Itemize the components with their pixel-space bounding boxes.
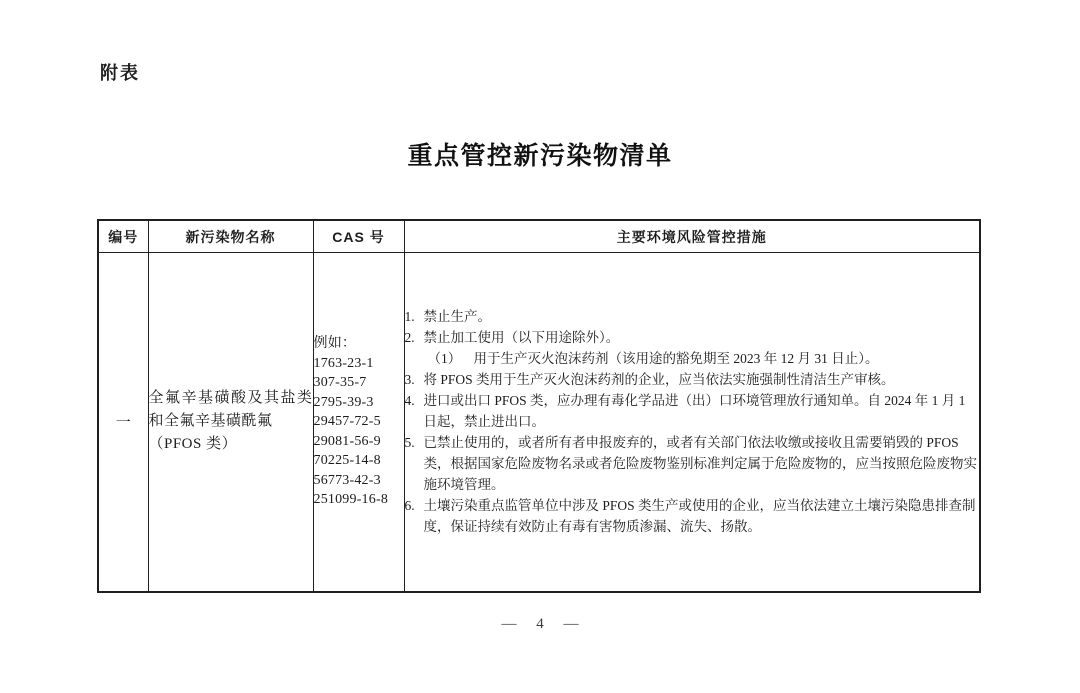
measure-text: 将 PFOS 类用于生产灭火泡沫药剂的企业，应当依法实施强制性清洁生产审核。 (424, 369, 980, 390)
measure-item: 4. 进口或出口 PFOS 类，应办理有毒化学品进（出）口环境管理放行通知单。自… (405, 390, 980, 432)
measure-item: 2. 禁止加工使用（以下用途除外）。 (405, 327, 980, 348)
measure-item: 3. 将 PFOS 类用于生产灭火泡沫药剂的企业，应当依法实施强制性清洁生产审核… (405, 369, 980, 390)
measure-item: 1. 禁止生产。 (405, 306, 980, 327)
measure-number: 4. (405, 390, 424, 432)
cas-number: 2795-39-3 (314, 393, 404, 413)
cas-number-cell: 例如： 1763-23-1 307-35-7 2795-39-3 29457-7… (313, 253, 404, 592)
pollutant-name-line: 和全氟辛基磺酰氟 (149, 410, 313, 433)
column-header-measures: 主要环境风险管控措施 (404, 220, 980, 253)
measure-text: 进口或出口 PFOS 类，应办理有毒化学品进（出）口环境管理放行通知单。自 20… (424, 390, 980, 432)
measure-item: 5. 已禁止使用的，或者所有者申报废弃的，或者有关部门依法收缴或接收且需要销毁的… (405, 432, 980, 495)
table-row: 一 全氟辛基磺酸及其盐类 和全氟辛基磺酰氟 （PFOS 类） 例如： 1763-… (98, 253, 980, 592)
measure-sub-text: 用于生产灭火泡沫药剂（该用途的豁免期至 2023 年 12 月 31 日止）。 (474, 348, 980, 369)
document-title: 重点管控新污染物清单 (0, 136, 1080, 172)
measure-text: 土壤污染重点监管单位中涉及 PFOS 类生产或使用的企业，应当依法建立土壤污染隐… (424, 495, 980, 537)
measure-sub-number: （1） (428, 348, 474, 369)
cas-number: 70225-14-8 (314, 451, 404, 471)
measure-text: 禁止生产。 (424, 306, 980, 327)
measure-sub-item: （1） 用于生产灭火泡沫药剂（该用途的豁免期至 2023 年 12 月 31 日… (405, 348, 980, 369)
row-index-cell: 一 (98, 253, 148, 592)
attachment-label: 附表 (100, 59, 140, 85)
measure-text: 已禁止使用的，或者所有者申报废弃的，或者有关部门依法收缴或接收且需要销毁的 PF… (424, 432, 980, 495)
measure-text: 禁止加工使用（以下用途除外）。 (424, 327, 980, 348)
measure-number: 1. (405, 306, 424, 327)
measure-number: 6. (405, 495, 424, 537)
document-page: 附表 重点管控新污染物清单 编号 新污染物名称 CAS 号 主要环境风险管控措施… (0, 0, 1080, 693)
table-header-row: 编号 新污染物名称 CAS 号 主要环境风险管控措施 (98, 220, 980, 253)
page-number: — 4 — (0, 616, 1080, 633)
measure-item: 6. 土壤污染重点监管单位中涉及 PFOS 类生产或使用的企业，应当依法建立土壤… (405, 495, 980, 537)
cas-number: 56773-42-3 (314, 471, 404, 491)
cas-number: 251099-16-8 (314, 490, 404, 510)
cas-number: 29457-72-5 (314, 412, 404, 432)
cas-number: 307-35-7 (314, 373, 404, 393)
cas-number: 29081-56-9 (314, 432, 404, 452)
cas-example-label: 例如： (314, 334, 404, 354)
cas-number: 1763-23-1 (314, 354, 404, 374)
pollutants-table: 编号 新污染物名称 CAS 号 主要环境风险管控措施 一 全氟辛基磺酸及其盐类 … (97, 219, 981, 593)
column-header-pollutant-name: 新污染物名称 (148, 220, 313, 253)
measure-number: 3. (405, 369, 424, 390)
pollutant-name-line: （PFOS 类） (149, 433, 313, 456)
measure-number: 5. (405, 432, 424, 495)
pollutant-name-cell: 全氟辛基磺酸及其盐类 和全氟辛基磺酰氟 （PFOS 类） (148, 253, 313, 592)
column-header-cas-number: CAS 号 (313, 220, 404, 253)
pollutant-name-line: 全氟辛基磺酸及其盐类 (149, 387, 313, 410)
measure-number: 2. (405, 327, 424, 348)
measures-cell: 1. 禁止生产。 2. 禁止加工使用（以下用途除外）。 （1） 用于生产灭火泡沫… (404, 253, 980, 592)
column-header-index: 编号 (98, 220, 148, 253)
